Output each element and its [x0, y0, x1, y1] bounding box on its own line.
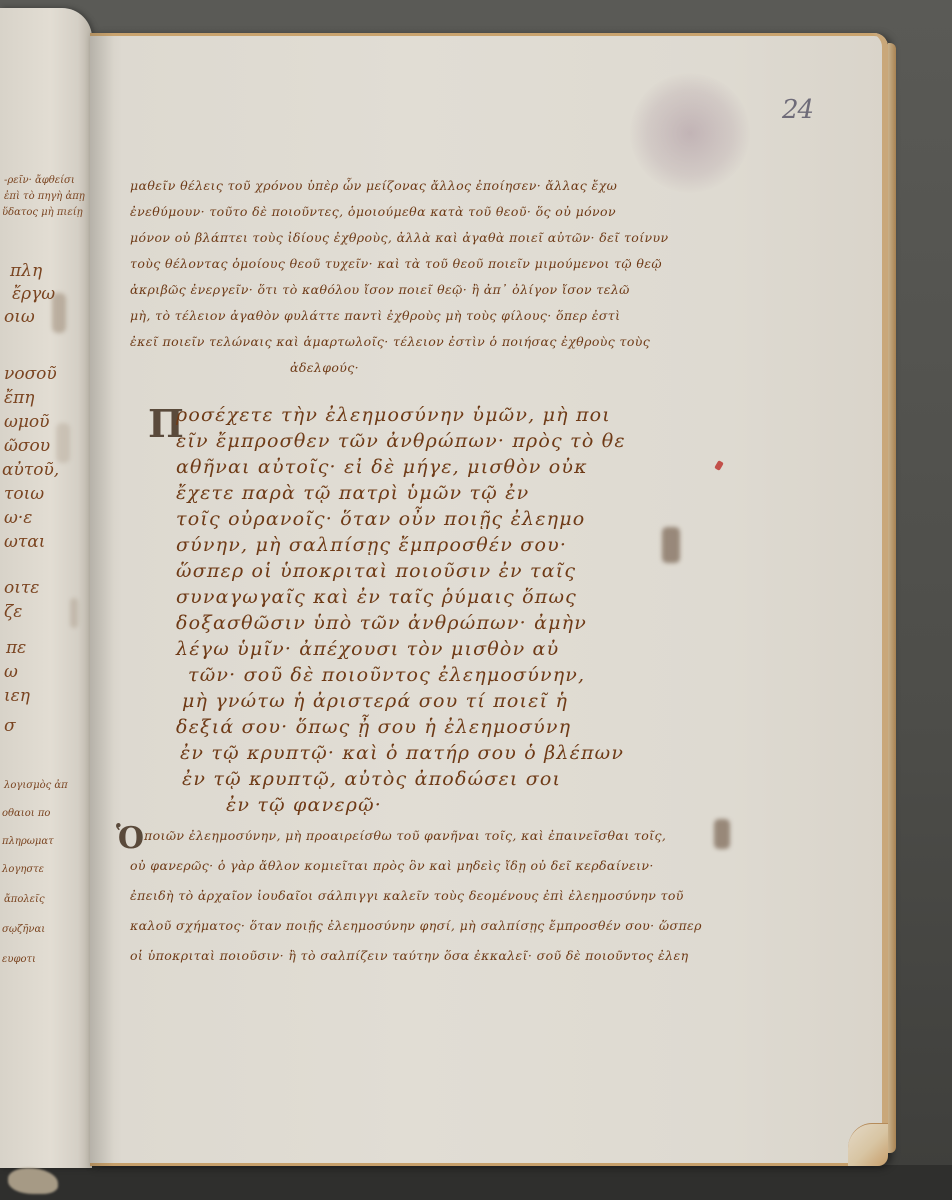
verso-line: ιεη: [4, 686, 30, 706]
margin-stain-mark: [70, 598, 78, 628]
text-line: ροσέχετε τὴν ἐλεημοσύνην ὑμῶν, μὴ ποι: [176, 404, 611, 426]
text-line: ἐν τῷ κρυπτῷ, αὐτὸς ἀποδώσει σοι: [182, 768, 561, 790]
verso-line: -ρεῖν· ἄφθείσι: [4, 175, 75, 186]
verso-line: ζε: [4, 602, 22, 622]
verso-line: ἔπη: [4, 388, 34, 408]
text-line: ἐνεθύμουν· τοῦτο δὲ ποιοῦντες, ὁμοιούμεθ…: [130, 204, 616, 219]
verso-line: πε: [6, 638, 26, 658]
red-ink-mark: [714, 460, 724, 471]
text-line: ποιῶν ἐλεημοσύνην, μὴ προαιρείσθω τοῦ φα…: [144, 828, 666, 843]
text-line: ἀκριβῶς ἐνεργεῖν· ὅτι τὸ καθόλου ἴσον πο…: [130, 282, 630, 297]
text-line: μόνον οὐ βλάπτει τοὺς ἰδίους ἐχθροὺς, ἀλ…: [130, 230, 669, 245]
verso-line: ἐπὶ τὸ πηγὴ ἀπῃ: [4, 191, 85, 202]
text-line: μὴ γνώτω ἡ ἀριστερά σου τί ποιεῖ ἡ: [182, 690, 568, 712]
text-line: τῶν· σοῦ δὲ ποιοῦντος ἐλεημοσύνην,: [188, 664, 585, 686]
text-line: τοῖς οὐρανοῖς· ὅταν οὖν ποιῇς ἐλεημο: [176, 508, 585, 530]
gutter-shadow: [90, 33, 114, 1166]
text-line: μαθεῖν θέλεις τοῦ χρόνου ὑπὲρ ὧν μείζονα…: [130, 178, 617, 193]
verso-line: σῳζῆναι: [2, 924, 45, 935]
text-line: ἐπειδὴ τὸ ἀρχαῖον ἰουδαῖοι σάλπιγγι καλε…: [130, 888, 684, 903]
table-surface: [0, 1165, 952, 1200]
verso-line: τοιω: [4, 484, 44, 504]
verso-line: ὕδατος μὴ πιείῃ: [2, 207, 83, 218]
verso-page: -ρεῖν· ἄφθείσι ἐπὶ τὸ πηγὴ ἀπῃ ὕδατος μὴ…: [0, 8, 92, 1168]
verso-line: αὐτοῦ,: [2, 460, 59, 480]
text-line: εῖν ἔμπροσθεν τῶν ἀνθρώπων· πρὸς τὸ θε: [176, 430, 626, 452]
verso-line: οιτε: [4, 578, 39, 598]
text-line: αθῆναι αὐτοῖς· εἰ δὲ μήγε, μισθὸν οὐκ: [176, 456, 588, 478]
verso-line: πληρωματ: [2, 836, 54, 847]
text-line: ἐν τῷ κρυπτῷ· καὶ ὁ πατήρ σου ὁ βλέπων: [180, 742, 624, 764]
verso-line: ἔργω: [12, 284, 55, 304]
verso-line: οιω: [4, 307, 35, 327]
page-edge: [888, 43, 896, 1153]
verso-line: οθαιοι πο: [2, 808, 50, 819]
text-line: καλοῦ σχήματος· ὅταν ποιῇς ἐλεημοσύνην φ…: [130, 918, 702, 933]
text-line: οἱ ὑποκριταὶ ποιοῦσιν· ἢ τὸ σαλπίζειν τα…: [130, 948, 688, 963]
text-line: συναγωγαῖς καὶ ἐν ταῖς ῥύμαις ὅπως: [176, 586, 577, 608]
text-line: δεξιά σου· ὅπως ᾖ σου ἡ ἐλεημοσύνη: [176, 716, 571, 738]
text-line: ἐκεῖ ποιεῖν τελώναις καὶ ἁμαρτωλοῖς· τέλ…: [130, 334, 650, 349]
margin-stain-mark: [52, 293, 66, 333]
verso-line: λογισμὸς ἀπ: [4, 780, 68, 791]
verso-line: ῶσου: [4, 436, 50, 456]
verso-line: ευφοτι: [2, 954, 36, 965]
text-line: ὥσπερ οἱ ὑποκριταὶ ποιοῦσιν ἐν ταῖς: [176, 560, 576, 582]
text-line: ἔχετε παρὰ τῷ πατρὶ ὑμῶν τῷ ἐν: [176, 482, 529, 504]
verso-line: νοσοῦ: [4, 364, 57, 384]
text-line: λέγω ὑμῖν· ἀπέχουσι τὸν μισθὸν αὐ: [176, 638, 559, 660]
verso-line: πλη: [10, 261, 42, 281]
margin-stain-mark: [714, 819, 730, 849]
text-line: οὐ φανερῶς· ὁ γὰρ ἄθλον κομιεῖται πρὸς ὃ…: [130, 858, 654, 873]
text-line: δοξασθῶσιν ὑπὸ τῶν ἀνθρώπων· ἀμὴν: [176, 612, 587, 634]
margin-stain-mark: [662, 527, 680, 563]
margin-stain-mark: [56, 423, 70, 463]
text-line: τοὺς θέλοντας ὁμοίους θεοῦ τυχεῖν· καὶ τ…: [130, 256, 662, 271]
purple-stain: [630, 73, 750, 193]
recto-page: 24 μαθεῖν θέλεις τοῦ χρόνου ὑπὲρ ὧν μείζ…: [90, 33, 888, 1166]
text-line: σύνην, μὴ σαλπίσῃς ἔμπροσθέν σου·: [176, 534, 567, 556]
verso-line: σ: [4, 716, 16, 736]
text-line: ἀδελφούς·: [290, 360, 359, 375]
folded-corner: [848, 1123, 888, 1166]
text-line: μὴ, τὸ τέλειον ἀγαθὸν φυλάττε παντὶ ἐχθρ…: [130, 308, 620, 323]
verso-line: ω·ε: [4, 508, 32, 528]
verso-line: ωται: [4, 532, 45, 552]
verso-line: ωμοῦ: [4, 412, 49, 432]
verso-line: ἄπολεῖς: [4, 894, 45, 905]
decorated-initial-omicron: Ὁ: [116, 821, 144, 856]
verso-line: λογηστε: [2, 864, 44, 875]
text-line: ἐν τῷ φανερῷ·: [226, 794, 382, 816]
folio-number: 24: [782, 95, 813, 125]
verso-line: ω: [4, 662, 18, 682]
